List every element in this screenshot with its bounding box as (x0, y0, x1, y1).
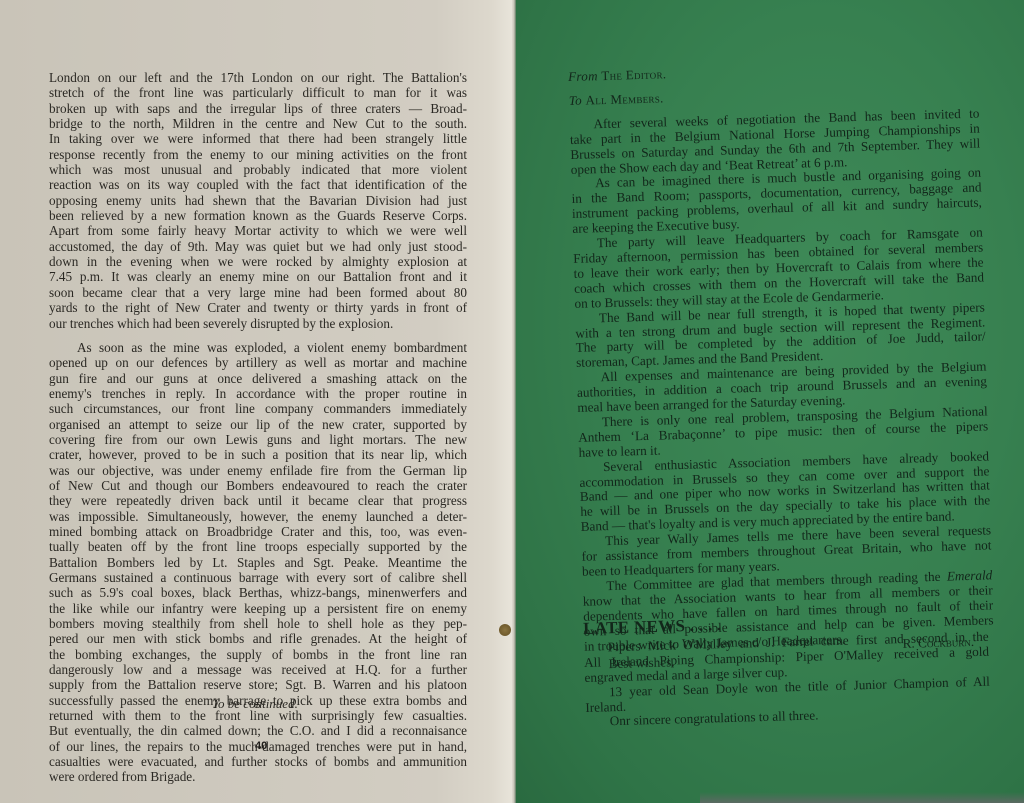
text-line: opposing enemy units had shewn that the … (49, 193, 467, 208)
text-line: enemy's trenches in reply. In accordance… (49, 386, 467, 401)
text-line: Apart from some fairly heavy Mortar acti… (49, 223, 467, 238)
text-line: of New Cut and though our Bombers endeav… (49, 478, 467, 493)
page-number: 40 (255, 740, 267, 752)
text-line: the bombing exchanges, the supply of bom… (49, 647, 467, 662)
text-line: were ordered from Brigade. (49, 769, 467, 784)
text-line: which was most unusual and probably indi… (49, 162, 467, 177)
text-line: 7.45 p.m. It was clearly an enemy mine o… (49, 269, 467, 284)
text-line: down in the evening when we were rocked … (49, 254, 467, 269)
page-edge-shadow (700, 792, 1024, 803)
text-line: reaction was on its way coupled with the… (49, 177, 467, 192)
text-line: dangerously low and a message was receiv… (49, 662, 467, 677)
text-line: they were repeatedly driven back until i… (49, 493, 467, 508)
to-line: To All Members. (569, 82, 979, 108)
text-line: stretch of the front line was particular… (49, 85, 467, 100)
text-line: In taking over we were informed that the… (49, 131, 467, 146)
text-line: supply from the Battalion reserve store;… (49, 677, 467, 692)
article-continuation: London on our left and the 17th London o… (49, 70, 467, 785)
paragraph: London on our left and the 17th London o… (49, 70, 467, 331)
text-line: crater, however, proved to be in such a … (49, 447, 467, 462)
text-line: such as 5.9's coal boxes, black Berthas,… (49, 585, 467, 600)
text-line: soon became clear that a very large mine… (49, 285, 467, 300)
text-line: Battalion Bombers led by Lt. Staples and… (49, 555, 467, 570)
left-page: London on our left and the 17th London o… (0, 0, 512, 803)
text-line: London on our left and the 17th London o… (49, 70, 467, 85)
to-be-continued-note: To be continued. (212, 696, 298, 712)
text-line: gun fire and our guns at once delivered … (49, 371, 467, 386)
text-line: was impossible. Simultaneously, however,… (49, 509, 467, 524)
text-line: bombers moving stealthily from shell hol… (49, 616, 467, 631)
text-line: response recently from the enemy to our … (49, 147, 467, 162)
late-news-body: Pipers Mick O'Malley and J. Farrel came … (584, 630, 991, 731)
text-line: tually beaten off by the front line troo… (49, 539, 467, 554)
text-line: broken up with saps and the irregular li… (49, 101, 467, 116)
text-line: such circumstances, our front line compa… (49, 401, 467, 416)
text-line: casualties were evacuated, and further s… (49, 754, 467, 769)
text-line: covering fire from our own Lewis guns an… (49, 432, 467, 447)
text-line: opened up on our defences by artillery a… (49, 355, 467, 370)
text-line: pered our men with stick bombs and rifle… (49, 631, 467, 646)
text-line: our trenches which had been severely dis… (49, 316, 467, 331)
text-line: organised an attempt to seize our lip of… (49, 417, 467, 432)
ink-blot-mark (499, 624, 511, 636)
magazine-spread: London on our left and the 17th London o… (0, 0, 1024, 803)
editor-letter: From The Editor. To All Members. After s… (568, 59, 995, 674)
text-line: Germans sustained a continuous barrage w… (49, 570, 467, 585)
text-line: accustomed, the day of 9th. May was quie… (49, 239, 467, 254)
text-line: bridge to the north, Mildren in the cent… (49, 116, 467, 131)
text-line: yards to the right of New Crater and twe… (49, 300, 467, 315)
late-news-section: LATE NEWS . . . . Pipers Mick O'Malley a… (583, 611, 991, 731)
paragraph: As soon as the mine was exploded, a viol… (49, 340, 467, 785)
text-line: But eventually, the din calmed down; the… (49, 723, 467, 738)
text-line: the like while our infantry were keeping… (49, 601, 467, 616)
text-line: been relieved by a new formation known a… (49, 208, 467, 223)
text-line: As soon as the mine was exploded, a viol… (49, 340, 467, 355)
text-line: was our objective, was under enemy enfil… (49, 463, 467, 478)
editor-letter-body: After several weeks of negotiation the B… (569, 106, 994, 654)
text-line: mined bombing attack on Broadbridge Crat… (49, 524, 467, 539)
